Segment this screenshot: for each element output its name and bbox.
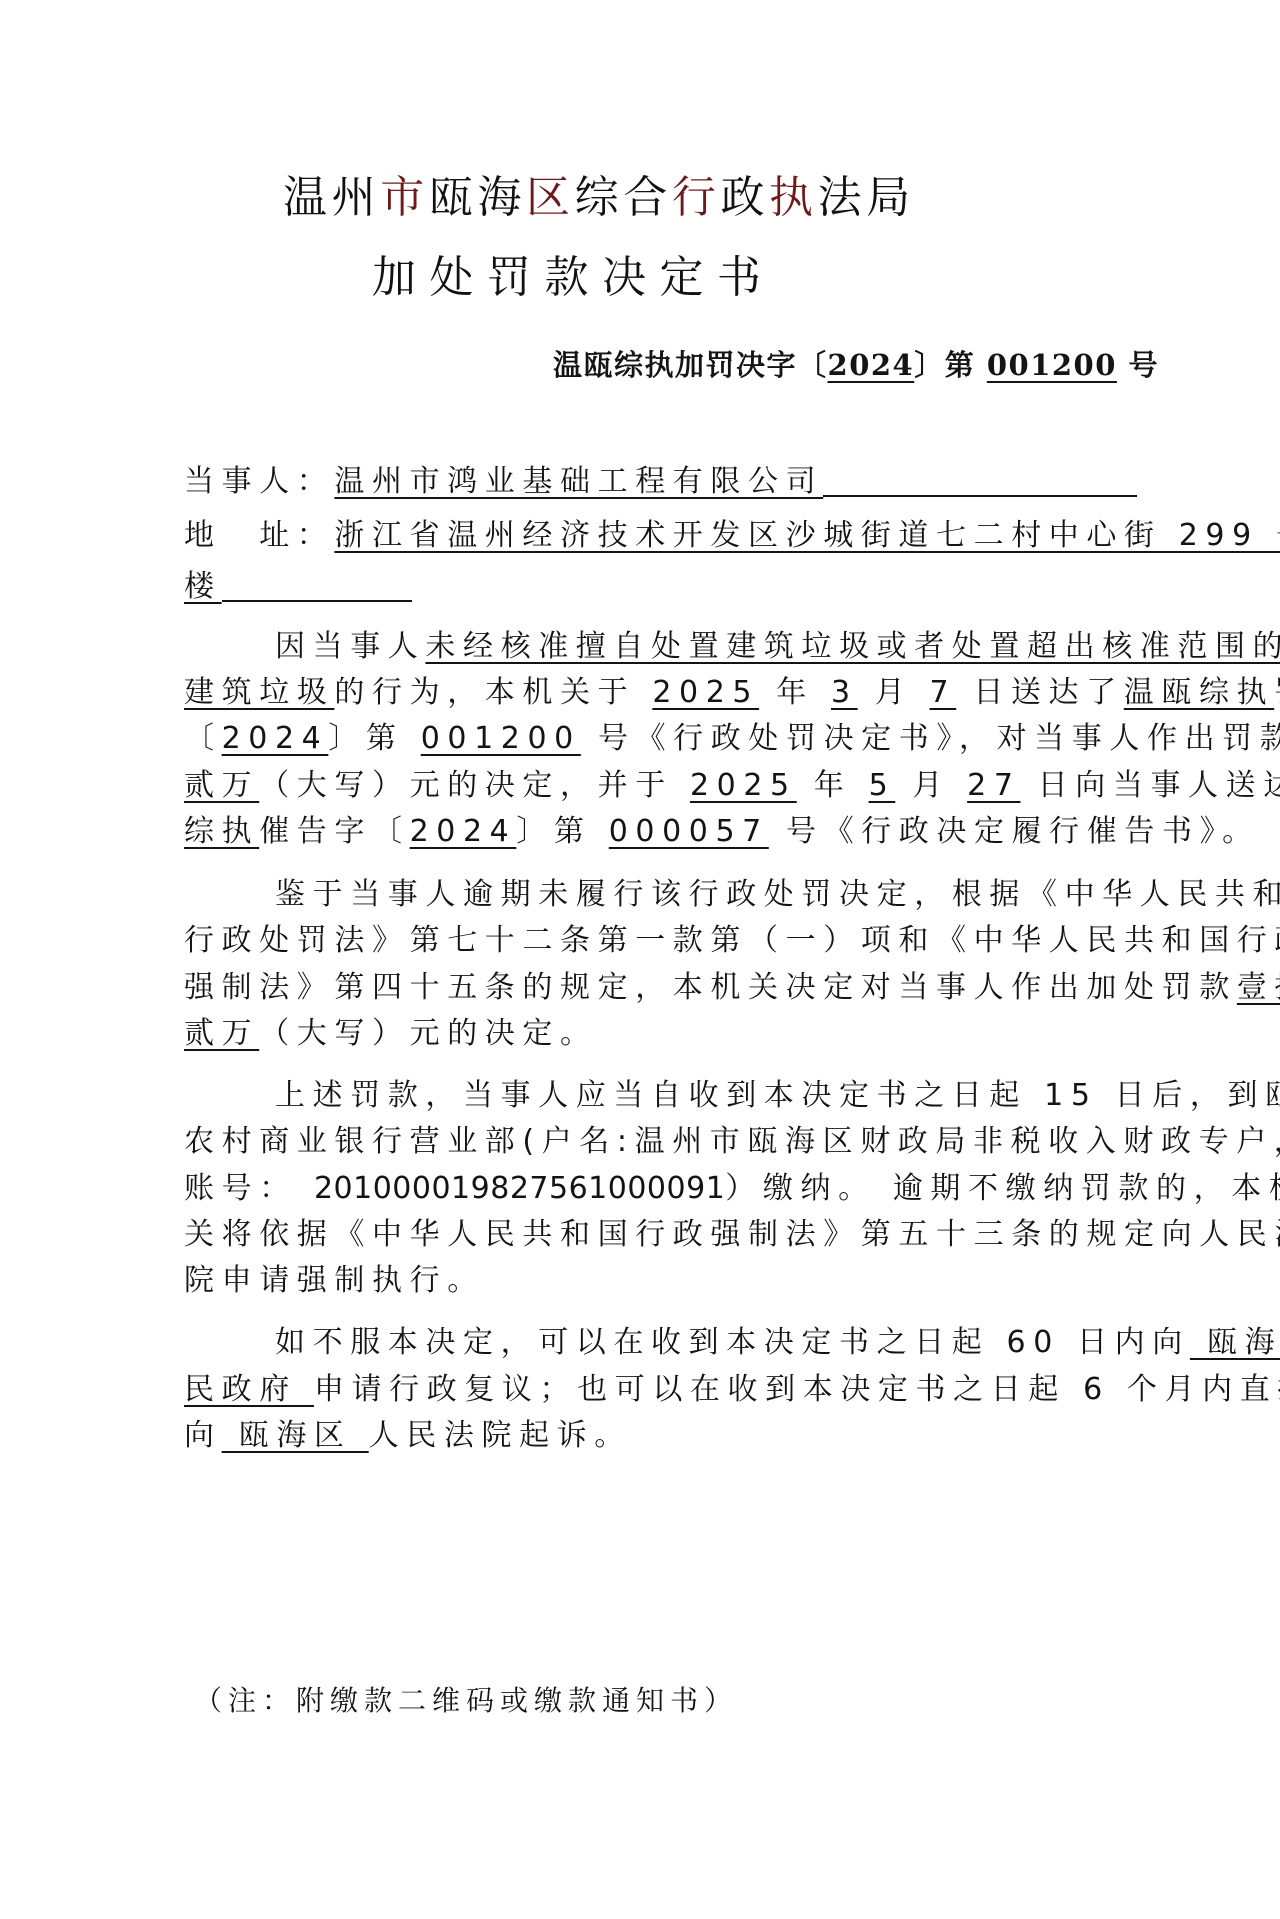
text: 申请行政复议；也可以在收到本决定书之日起 6 个月内直接 — [314, 1372, 1280, 1407]
para3-line2: 农村商业银行营业部(户名:温州市瓯海区财政局非税收入财政专户， — [184, 1127, 1280, 1157]
doc-number-prefix: 温瓯综执加罚决字〔 — [553, 348, 828, 382]
para3-line1: 上述罚款，当事人应当自收到本决定书之日起 15 日后，到瓯海 — [184, 1081, 1280, 1111]
title-part-seal-trace: 执 — [769, 172, 818, 223]
title-part-seal-trace: 市 — [380, 172, 429, 223]
address-label: 地 址： — [184, 518, 334, 553]
title-part: 瓯海 — [429, 172, 526, 223]
title-part: 政 — [720, 172, 769, 223]
notice-year: 2025 — [690, 768, 797, 803]
notice-month: 5 — [869, 768, 896, 803]
ref-serial: 001200 — [421, 721, 581, 756]
text: 因当事人 — [275, 629, 425, 664]
para2-line4: 贰万（大写）元的决定。 — [184, 1019, 598, 1049]
text: 〕第 — [328, 721, 420, 756]
notice-ref-serial: 000057 — [609, 814, 769, 849]
document-title-type: 加处罚款决定书 — [372, 256, 775, 300]
party-label: 当事人： — [184, 464, 334, 499]
text: 〕第 — [516, 814, 608, 849]
address-line-1: 地 址：浙江省温州经济技术开发区沙城街道七二村中心街 299 号二 — [184, 521, 1280, 551]
title-part-seal-trace: 行 — [672, 172, 721, 223]
title-part: 综合 — [575, 172, 672, 223]
text: 向 — [184, 1418, 222, 1453]
address-line-2: 楼 — [184, 572, 412, 602]
para1-line1: 因当事人未经核准擅自处置建筑垃圾或者处置超出核准范围的 — [184, 632, 1280, 662]
blank-fill-rule — [222, 598, 412, 602]
text: 年 — [797, 768, 869, 803]
violation-description-cont: 建筑垃圾 — [184, 675, 334, 710]
document-title-agency: 温州市瓯海区综合行政执法局 — [283, 176, 915, 220]
text: 催告字〔 — [259, 814, 409, 849]
text: ）缴纳。 逾期不缴纳罚款的，本机 — [725, 1171, 1280, 1206]
additional-fine-amount-cont: 贰万 — [184, 1016, 259, 1051]
text: 号《行政决定履行催告书》。 — [769, 814, 1260, 849]
notice-ref-prefix-cont: 综执 — [184, 814, 259, 849]
para1-line4: 贰万（大写）元的决定，并于 2025 年 5 月 27 日向当事人送达了温瓯 — [184, 771, 1280, 801]
doc-number-mid: 〕第 — [914, 348, 987, 382]
notice-day: 27 — [967, 768, 1020, 803]
para1-line2: 建筑垃圾的行为，本机关于 2025 年 3 月 7 日送达了温瓯综执罚决字 — [184, 678, 1280, 708]
delivery-year: 2025 — [652, 675, 759, 710]
text: 月 — [895, 768, 967, 803]
doc-number-suffix: 号 — [1117, 348, 1159, 382]
ref-prefix: 温瓯综执 — [1124, 675, 1274, 710]
document-number: 温瓯综执加罚决字〔2024〕第 001200 号 — [553, 351, 1159, 380]
additional-fine-amount: 壹拾 — [1237, 970, 1280, 1005]
fine-amount-cont: 贰万 — [184, 768, 259, 803]
notice-ref-year: 2024 — [410, 814, 517, 849]
text: 日向当事人送达了 — [1021, 768, 1280, 803]
para1-line3: 〔2024〕第 001200 号《行政处罚决定书》，对当事人作出罚款壹拾 — [184, 724, 1280, 754]
party-line: 当事人：温州市鸿业基础工程有限公司 — [184, 467, 1137, 497]
text: 号《行政处罚决定书》，对当事人作出罚款 — [581, 721, 1280, 756]
address-value-part2: 楼 — [184, 569, 222, 604]
account-label: 账号： — [184, 1171, 297, 1206]
text: 年 — [759, 675, 831, 710]
doc-number-serial: 001200 — [987, 348, 1117, 382]
para2-line1: 鉴于当事人逾期未履行该行政处罚决定，根据《中华人民共和国 — [184, 880, 1280, 910]
review-authority: 瓯海区人 — [1190, 1325, 1280, 1360]
title-part: 温州 — [283, 172, 380, 223]
delivery-month: 3 — [831, 675, 858, 710]
text: 罚决字 — [1274, 675, 1280, 710]
payment-note: （注：附缴款二维码或缴款通知书） — [194, 1687, 738, 1715]
para4-line2: 民政府 申请行政复议；也可以在收到本决定书之日起 6 个月内直接 — [184, 1375, 1280, 1405]
para2-line2: 行政处罚法》第七十二条第一款第（一）项和《中华人民共和国行政 — [184, 926, 1280, 956]
para2-line3: 强制法》第四十五条的规定，本机关决定对当事人作出加处罚款壹拾 — [184, 973, 1280, 1003]
para1-line5: 综执催告字〔2024〕第 000057 号《行政决定履行催告书》。 — [184, 817, 1260, 847]
text: （大写）元的决定，并于 — [259, 768, 690, 803]
para3-line4: 关将依据《中华人民共和国行政强制法》第五十三条的规定向人民法 — [184, 1220, 1280, 1250]
para4-line1: 如不服本决定，可以在收到本决定书之日起 60 日内向 瓯海区人 — [184, 1328, 1280, 1358]
violation-description: 未经核准擅自处置建筑垃圾或者处置超出核准范围的 — [425, 629, 1280, 664]
text: 日送达了 — [956, 675, 1124, 710]
text: 如不服本决定，可以在收到本决定书之日起 60 日内向 — [275, 1325, 1190, 1360]
court-district: 瓯海区 — [222, 1418, 369, 1453]
ref-year: 2024 — [222, 721, 329, 756]
text: 的行为，本机关于 — [334, 675, 652, 710]
para3-line3: 账号： 201000019827561000091）缴纳。 逾期不缴纳罚款的，本… — [184, 1174, 1280, 1204]
doc-number-year: 2024 — [828, 348, 915, 382]
title-part-seal-trace: 区 — [526, 172, 575, 223]
para4-line3: 向 瓯海区 人民法院起诉。 — [184, 1421, 632, 1451]
delivery-day: 7 — [930, 675, 957, 710]
document-page: 温州市瓯海区综合行政执法局 加处罚款决定书 温瓯综执加罚决字〔2024〕第 00… — [0, 0, 1280, 1919]
address-value-part1: 浙江省温州经济技术开发区沙城街道七二村中心街 299 号二 — [334, 518, 1280, 553]
text: （大写）元的决定。 — [259, 1016, 597, 1051]
text: 人民法院起诉。 — [369, 1418, 632, 1453]
bank-account-number: 201000019827561000091 — [314, 1171, 725, 1206]
para3-line5: 院申请强制执行。 — [184, 1266, 485, 1296]
text: 〔 — [184, 721, 222, 756]
text: 强制法》第四十五条的规定，本机关决定对当事人作出加处罚款 — [184, 970, 1237, 1005]
blank-fill-rule — [823, 493, 1137, 497]
review-authority-cont: 民政府 — [184, 1372, 314, 1407]
text: 月 — [858, 675, 930, 710]
party-name: 温州市鸿业基础工程有限公司 — [334, 464, 823, 499]
title-part: 法局 — [818, 172, 915, 223]
